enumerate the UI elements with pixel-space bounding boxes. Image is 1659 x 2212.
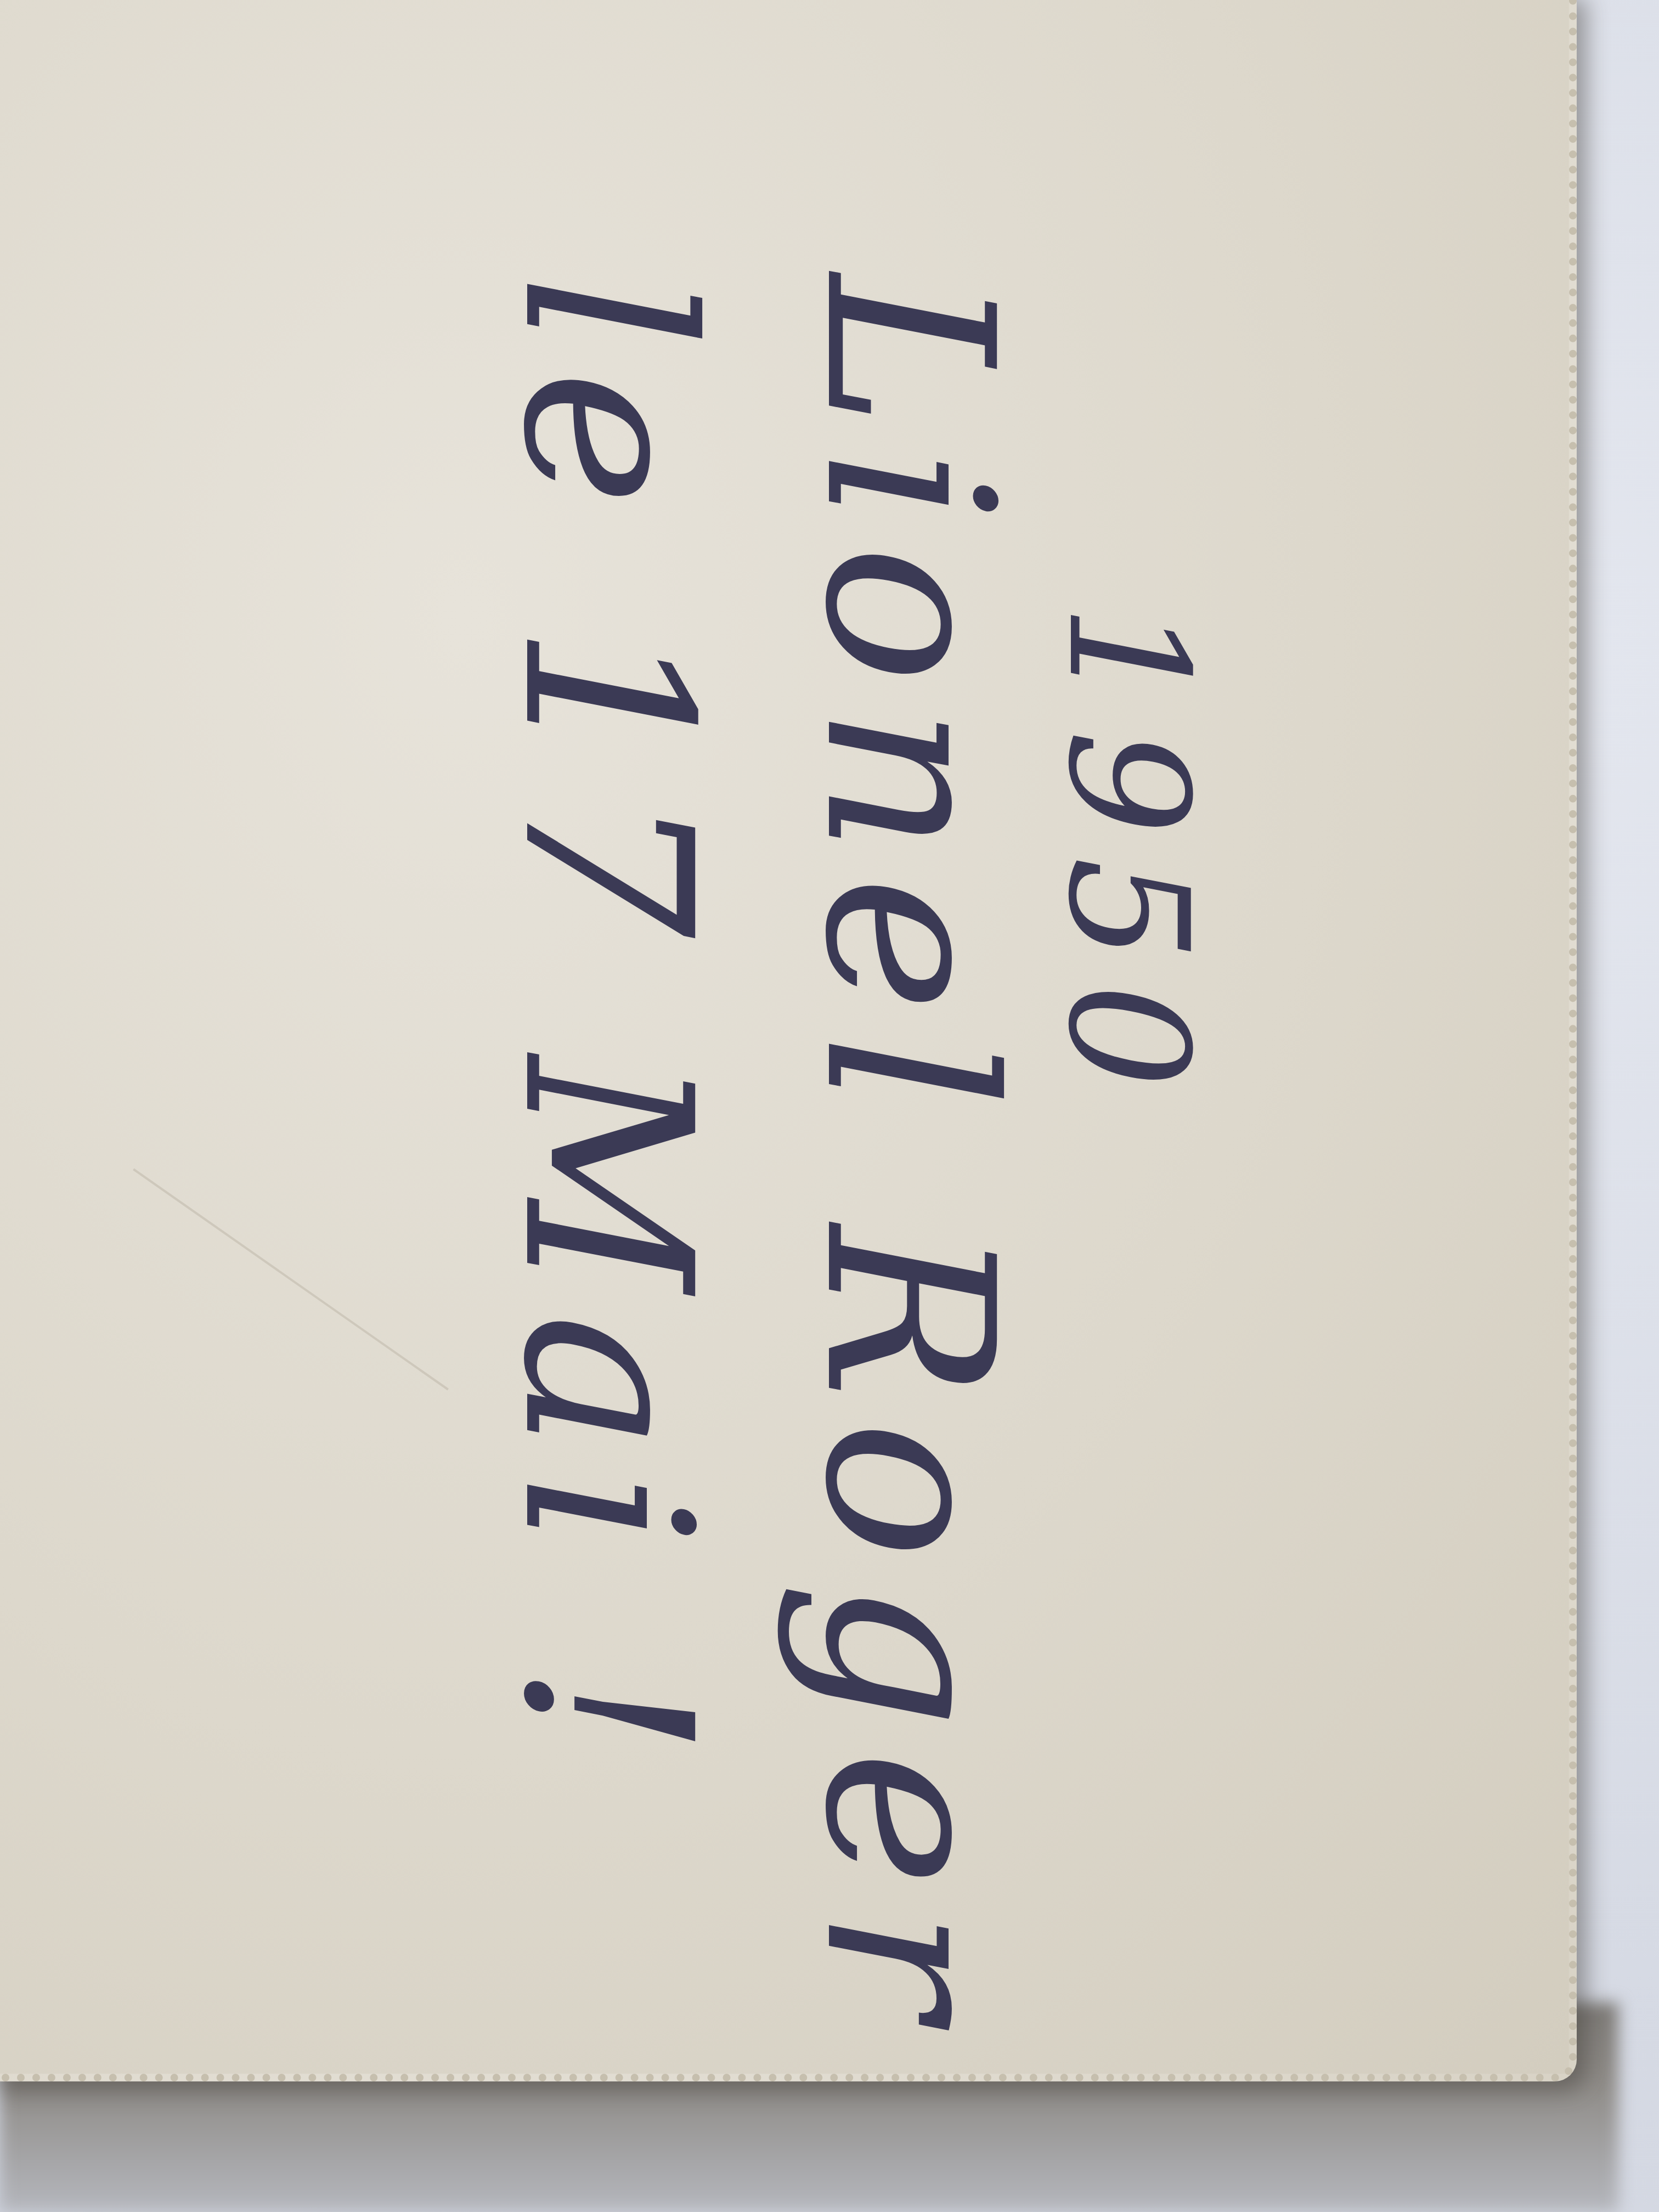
inscription-name: Lionel Roger — [774, 274, 1042, 2041]
paper-crease — [133, 1169, 449, 1391]
inscription-year: 1950 — [1032, 603, 1223, 1110]
inscription-date: le 17 Mai ! — [472, 274, 741, 1778]
handwritten-inscription: 1950 Lionel Roger le 17 Mai ! — [455, 274, 1223, 1810]
